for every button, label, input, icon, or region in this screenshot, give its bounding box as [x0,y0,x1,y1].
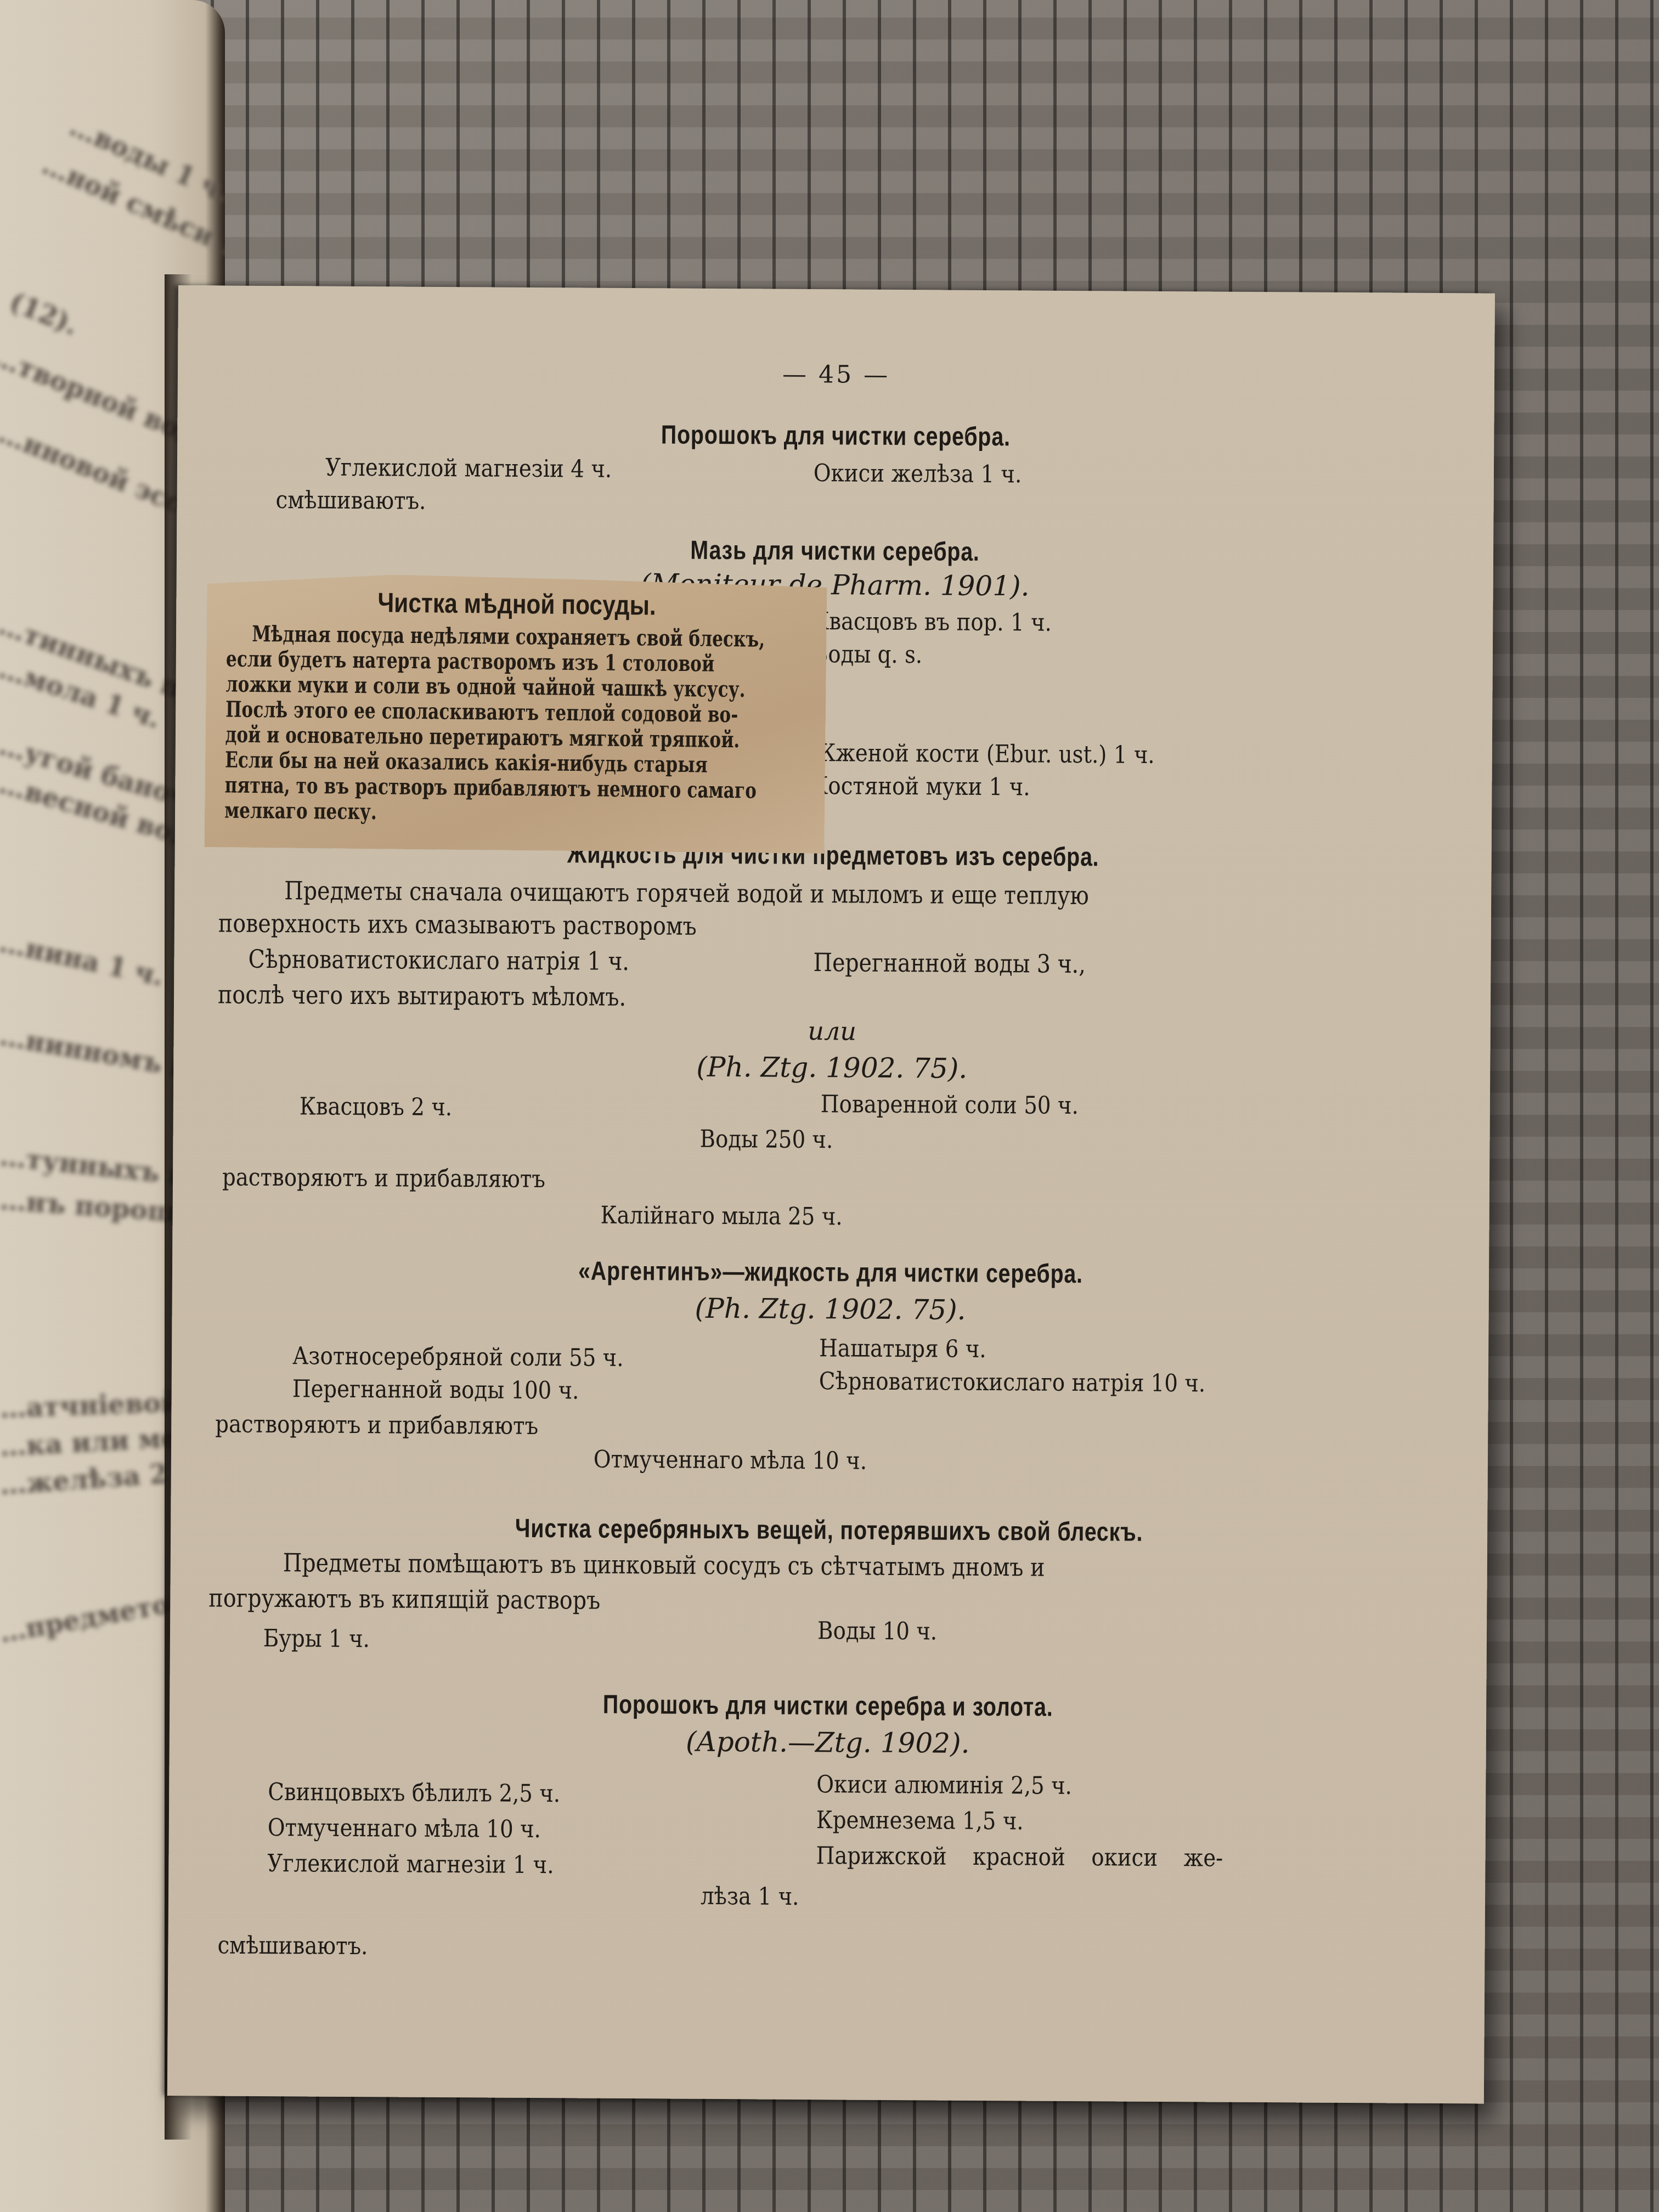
ingredient: Калійнаго мыла 25 ч. [601,1201,843,1231]
clipping-line: мелкаго песку. [224,798,678,828]
section-heading: Порошокъ для чистки серебра. [296,417,1375,454]
ingredient: Поваренной соли 50 ч. [821,1090,1079,1120]
ingredient: Углекислой магнезіи 1 ч. [267,1849,554,1879]
ingredient: Сѣрноватистокислаго натрія 1 ч. [248,944,629,976]
page-number: — 45 — [178,357,1494,393]
ingredient: Сѣрноватистокислаго натрія 10 ч. [819,1367,1206,1397]
ingredient: Азотносеребряной соли 55 ч. [292,1342,624,1372]
section-heading: Порошокъ для чистки серебра и золота. [288,1688,1368,1724]
ingredient: Квасцовъ въ пор. 1 ч. [812,607,1052,637]
ingredient: Воды 250 ч. [699,1125,833,1154]
ingredient: Квасцовъ 2 ч. [300,1092,453,1121]
instruction: смѣшиваютъ. [275,486,426,515]
ingredient: Нашатыря 6 ч. [819,1334,986,1363]
clipping-body: Мѣдная посуда недѣлями сохраняетъ свой б… [224,621,808,829]
paragraph-line: поверхность ихъ смазываютъ растворомъ [218,908,697,940]
instruction: послѣ чего ихъ вытираютъ мѣломъ. [218,979,626,1012]
ingredient: Костяной муки 1 ч. [811,772,1030,801]
ingredient: Свинцовыхъ бѣлилъ 2,5 ч. [268,1778,560,1808]
instruction: растворяютъ и прибавляютъ [222,1164,545,1194]
ingredient: Отмученнаго мѣла 10 ч. [594,1446,867,1475]
section-heading: Чистка серебряныхъ вещей, потерявшихъ св… [289,1512,1369,1549]
ingredient: Кремнезема 1,5 ч. [816,1806,1024,1835]
left-page-text-line: (12). [5,286,83,341]
ingredient: Окиси алюминія 2,5 ч. [816,1770,1072,1800]
section-heading: «Аргентинъ»—жидкость для чистки серебра. [291,1254,1370,1291]
instruction: смѣшиваютъ. [217,1931,368,1960]
ingredient: Перегнанной воды 3 ч., [813,947,1086,979]
ingredient: Отмученнаго мѣла 10 ч. [268,1814,541,1843]
ingredient: Парижской красной окиси же- [816,1842,1223,1872]
ingredient: Жженой кости (Ebur. ust.) 1 ч. [812,739,1155,769]
paragraph-line: Предметы помѣщаютъ въ цинковый сосудъ съ… [283,1548,1045,1582]
ingredient: Перегнанной воды 100 ч. [292,1375,579,1404]
paragraph-line: погружаютъ въ кипящій растворъ [208,1583,600,1615]
citation: (Ph. Ztg. 1902. 75). [172,1289,1488,1329]
ingredient-continuation: лѣза 1 ч. [701,1882,799,1911]
ingredient: Буры 1 ч. [263,1624,370,1653]
clipping-title: Чистка мѣдной посуды. [253,585,781,623]
section-heading: Мазь для чистки серебра. [295,533,1375,569]
citation: (Ph. Ztg. 1902. 75). [173,1048,1490,1088]
newspaper-clipping: Чистка мѣдной посуды. Мѣдная посуда недѣ… [204,573,827,854]
ingredient: Окиси желѣза 1 ч. [814,459,1022,488]
ingredient: Воды 10 ч. [817,1617,938,1645]
book-page-45: — 45 — Порошокъ для чистки серебра. Угле… [167,285,1495,2104]
left-page-text-line: …нина 1 ч. [0,928,166,992]
or-label: или [174,1012,1491,1050]
ingredient: Воды q. s. [812,640,923,669]
ingredient: Углекислой магнезіи 4 ч. [325,454,612,483]
citation: (Apoth.—Ztg. 1902). [170,1723,1486,1763]
instruction: растворяютъ и прибавляютъ [215,1410,538,1440]
paragraph-line: Предметы сначала очищаютъ горячей водой … [284,876,1089,910]
